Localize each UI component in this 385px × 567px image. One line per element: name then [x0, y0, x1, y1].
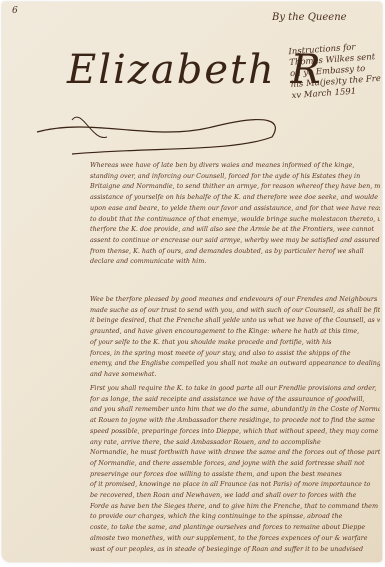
text-line: Wee be therfore pleased by good meanes a… [90, 294, 380, 305]
text-line: of it promised, knowinge no place in all… [90, 479, 380, 490]
text-line: of Normandie, and there assemble forces,… [90, 458, 380, 469]
text-line: First you shall require the K. to take i… [90, 383, 380, 394]
text-line: any rate, arrive there, the said Ambassa… [90, 437, 380, 448]
text-line: Forde as have ben the Sieges there, and … [90, 501, 380, 512]
text-line: be recovered, then Roan and Newhaven, we… [90, 490, 380, 501]
text-line: to doubt that the continuance of that en… [90, 214, 380, 225]
folio-number: 6 [12, 6, 18, 16]
text-line: at Rouen to joyne with the Ambassador th… [90, 415, 380, 426]
text-line: enemy, and the Englishe compelled you sh… [90, 358, 380, 369]
paragraph-2: Wee be therfore pleased by good meanes a… [90, 294, 380, 380]
text-line: forces, in the spring most meete of your… [90, 348, 380, 359]
text-line: and have somewhat. [90, 369, 380, 380]
text-line: preservinge our forces doe willing to as… [90, 469, 380, 480]
text-line: almoste two monethes, with our supplemen… [90, 533, 380, 544]
text-line: it beinge desired, that the Frenche shal… [90, 315, 380, 326]
text-line: speed possible, preparinge forces into D… [90, 426, 380, 437]
paragraph-1: Whereas wee have of late ben by divers w… [90, 160, 380, 267]
text-line: standing over, and inforcing our Counsel… [90, 171, 380, 182]
text-line: to provide our charges, which the king c… [90, 511, 380, 522]
text-line: from thense, K. hath of ours, and demand… [90, 246, 380, 257]
text-line: Britaigne and Normandie, to send thither… [90, 181, 380, 192]
text-line: and you shall remember unto him that we … [90, 404, 380, 415]
text-line: wast of our peoples, as in steade of bes… [90, 544, 380, 555]
text-line: therfore the K. doe provide, and will al… [90, 224, 380, 235]
text-line: made suche as of our trust to send with … [90, 305, 380, 316]
signature-flourish-icon [32, 112, 292, 162]
text-line: coste, to take the same, and plantinge o… [90, 522, 380, 533]
text-line: for as longe, the said receipte and assi… [90, 394, 380, 405]
text-line: assistance of yourselfe on his behalfe o… [90, 192, 380, 203]
text-line: Whereas wee have of late ben by divers w… [90, 160, 380, 171]
manuscript-page: 6 By the Queene Instructions for Thomas … [2, 2, 382, 562]
text-line: upon ease and beare, to yelde them our f… [90, 203, 380, 214]
superscription: By the Queene [272, 12, 347, 23]
paragraph-3: First you shall require the K. to take i… [90, 383, 380, 554]
text-line: assent to continue or encrease our said … [90, 235, 380, 246]
text-line: graunted, and have given encouragement t… [90, 326, 380, 337]
text-line: of your selfe to the K. that you shoulde… [90, 337, 380, 348]
text-line: declare and communicate with him. [90, 256, 380, 267]
text-line: Normandie, he must forthwith have with d… [90, 447, 380, 458]
royal-signature: Elizabeth R [67, 47, 323, 93]
